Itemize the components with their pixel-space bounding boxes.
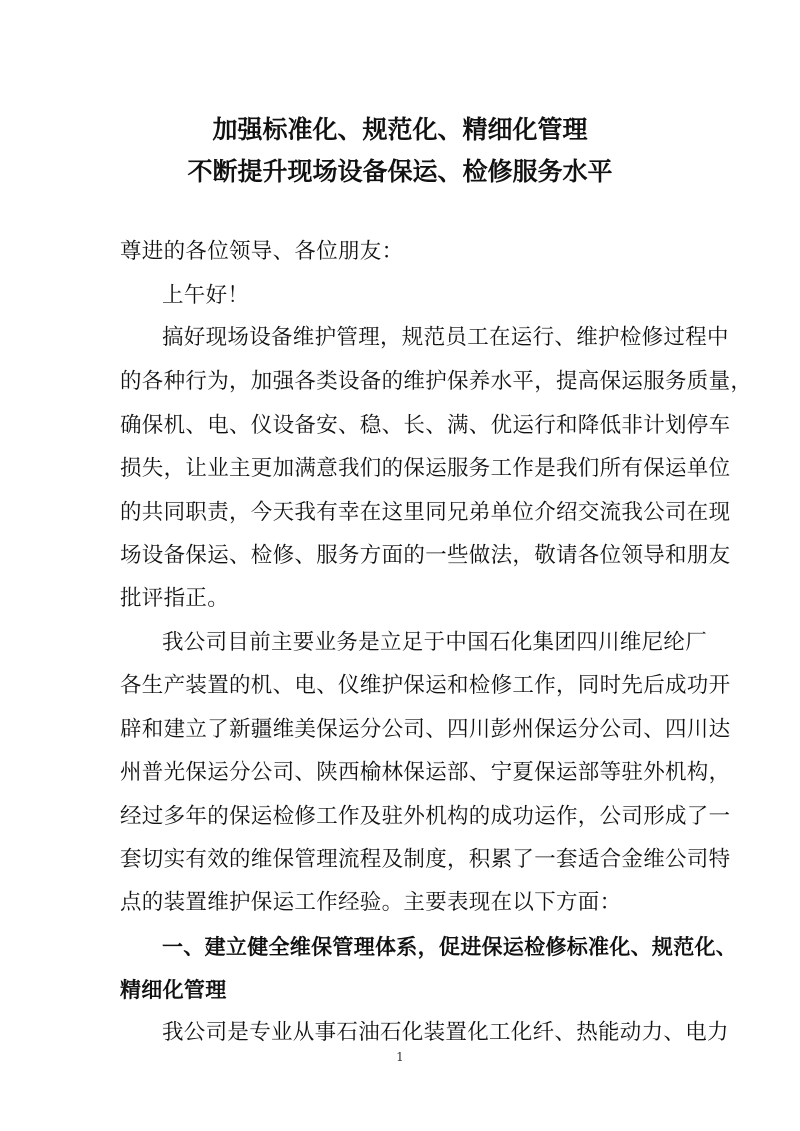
document-page: 加强标准化、规范化、精细化管理 不断提升现场设备保运、检修服务水平 尊进的各位领… xyxy=(0,0,800,1131)
title-line-2: 不断提升现场设备保运、检修服务水平 xyxy=(0,152,800,188)
paragraph-2-line-2: 各生产装置的机、电、仪维护保运和检修工作，同时先后成功开 xyxy=(120,672,682,700)
section-heading-line-1: 一、建立健全维保管理体系，促进保运检修标准化、规范化、 xyxy=(162,933,682,961)
section-heading-line-2: 精细化管理 xyxy=(120,976,682,1004)
paragraph-3-line-1: 我公司是专业从事石油石化装置化工化纤、热能动力、电力 xyxy=(162,1019,682,1047)
page-number: 1 xyxy=(0,1050,800,1064)
paragraph-1-line-2: 的各种行为，加强各类设备的维护保养水平，提高保运服务质量， xyxy=(120,368,682,396)
salutation: 尊进的各位领导、各位朋友： xyxy=(120,238,682,266)
paragraph-1-line-7: 批评指正。 xyxy=(120,585,682,613)
paragraph-2-line-7: 点的装置维护保运工作经验。主要表现在以下方面： xyxy=(120,889,682,917)
paragraph-1-line-3: 确保机、电、仪设备安、稳、长、满、优运行和降低非计划停车 xyxy=(120,412,682,440)
paragraph-1-line-4: 损失，让业主更加满意我们的保运服务工作是我们所有保运单位 xyxy=(120,455,682,483)
paragraph-2-line-3: 辟和建立了新疆维美保运分公司、四川彭州保运分公司、四川达 xyxy=(120,716,682,744)
paragraph-1-line-1: 搞好现场设备维护管理，规范员工在运行、维护检修过程中 xyxy=(162,324,682,352)
paragraph-2-line-1: 我公司目前主要业务是立足于中国石化集团四川维尼纶厂 xyxy=(162,629,682,657)
paragraph-2-line-6: 套切实有效的维保管理流程及制度，积累了一套适合金维公司特 xyxy=(120,846,682,874)
title-line-1: 加强标准化、规范化、精细化管理 xyxy=(0,110,800,146)
paragraph-2-line-4: 州普光保运分公司、陕西榆林保运部、宁夏保运部等驻外机构， xyxy=(120,759,682,787)
paragraph-1-line-5: 的共同职责，今天我有幸在这里同兄弟单位介绍交流我公司在现 xyxy=(120,499,682,527)
paragraph-1-line-6: 场设备保运、检修、服务方面的一些做法，敬请各位领导和朋友 xyxy=(120,542,682,570)
paragraph-2-line-5: 经过多年的保运检修工作及驻外机构的成功运作，公司形成了一 xyxy=(120,803,682,831)
greeting: 上午好！ xyxy=(162,282,682,310)
